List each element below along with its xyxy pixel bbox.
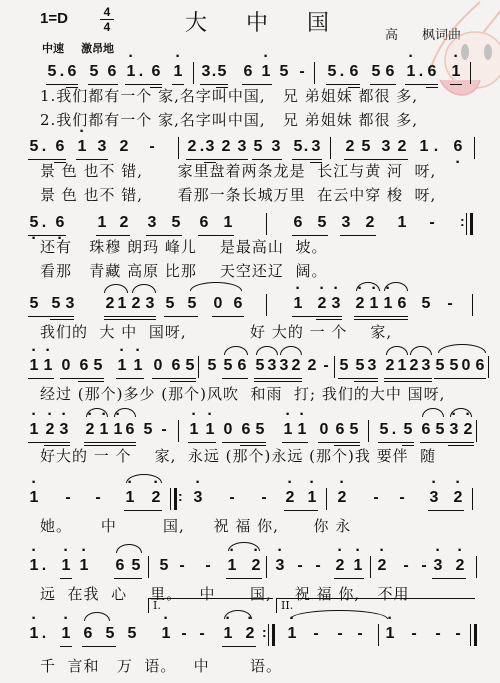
note: 3	[270, 137, 282, 157]
note: -	[418, 556, 430, 576]
note: 5	[222, 356, 234, 376]
note: 2	[220, 137, 232, 157]
beam-underline	[222, 646, 256, 647]
note: -	[354, 624, 366, 644]
note: 2	[452, 488, 464, 508]
barline	[326, 488, 327, 510]
note: 5	[184, 356, 196, 376]
slur	[224, 346, 248, 355]
note: -	[62, 488, 74, 508]
note: 1	[60, 556, 72, 576]
barline	[378, 624, 379, 646]
note: 2	[334, 556, 346, 576]
note: 6	[474, 356, 486, 376]
beam-underline	[78, 381, 104, 382]
note: 1	[172, 62, 184, 82]
note: -	[296, 62, 308, 82]
beam-underline	[448, 445, 474, 446]
note: -	[432, 624, 444, 644]
note: .	[38, 137, 50, 157]
note: 2	[462, 420, 474, 440]
slur	[386, 346, 408, 355]
note: 3	[340, 213, 352, 233]
note: 0	[152, 356, 164, 376]
lyrics-verse-2: 看那 青藏 高原 比那 天空还辽 阔。	[40, 261, 327, 281]
note: 1	[116, 356, 128, 376]
note: 5	[254, 420, 266, 440]
slur	[84, 612, 110, 621]
note: 6	[124, 420, 136, 440]
beam-underline	[60, 378, 104, 379]
note: 3	[448, 420, 460, 440]
note: 3	[96, 137, 108, 157]
time-sig-bottom: 4	[104, 20, 111, 34]
beam-underline	[28, 378, 54, 379]
note: 1	[96, 213, 108, 233]
note: 1	[222, 624, 234, 644]
note: 5	[354, 356, 366, 376]
note: 1	[418, 137, 430, 157]
slur	[116, 544, 142, 553]
tempo-expression: 激昂地	[81, 43, 114, 55]
beam-underline	[104, 316, 156, 317]
note: 1	[222, 213, 234, 233]
note: .	[135, 62, 147, 82]
note: 2	[344, 137, 356, 157]
beam-underline	[334, 578, 364, 579]
barline	[476, 420, 477, 442]
note: -	[294, 556, 306, 576]
note: 3	[420, 356, 432, 376]
note: -	[396, 488, 408, 508]
beam-underline	[254, 381, 302, 382]
tempo-speed: 中速	[42, 43, 64, 55]
lyrics: 千 言和 万 语。 中 语。	[40, 656, 282, 676]
note: -	[158, 420, 170, 440]
barline	[334, 356, 335, 378]
lyrics: 经过 (那个)多少 (那个)风吹 和雨 打; 我们的大中 国呀,	[40, 384, 445, 404]
note: 1	[450, 62, 462, 82]
notes-line-4: 553 2123 55 06 123 2116 5-	[0, 294, 500, 316]
barline	[314, 62, 315, 84]
beam-underline	[292, 159, 322, 160]
note: 5	[216, 62, 228, 82]
beam-underline	[284, 510, 318, 511]
note: 6	[240, 420, 252, 440]
note: 6	[54, 213, 66, 233]
beam-underline	[152, 378, 196, 379]
beam-underline	[96, 235, 130, 236]
note: 2	[364, 213, 376, 233]
note: 5	[338, 356, 350, 376]
beam-underline	[226, 578, 262, 579]
note: 3	[64, 294, 76, 314]
note: -	[334, 624, 346, 644]
notes-line-3: 5.6 12 35 61 65 32 1- :	[0, 213, 500, 235]
note: 6	[114, 556, 126, 576]
beam-underline	[318, 442, 360, 443]
lyrics: 好大的 一 个 家, 永远 (那个)永远 (那个)我 要伴 随	[40, 446, 436, 466]
barline	[193, 62, 194, 84]
note: 2	[284, 488, 296, 508]
notes-line-8: 1. 11 65 5-- 12 3-- 21 2-- 32	[0, 556, 500, 578]
note: -	[370, 488, 382, 508]
note: 6	[170, 356, 182, 376]
note: 5	[92, 356, 104, 376]
note: 6	[452, 137, 464, 157]
barline	[466, 213, 473, 235]
note: .	[38, 556, 50, 576]
barline	[370, 556, 371, 578]
note: 2	[306, 356, 318, 376]
note: 6	[396, 294, 408, 314]
note: 1	[76, 137, 88, 157]
note: 5	[158, 556, 170, 576]
note: -	[408, 624, 420, 644]
slur	[104, 284, 128, 293]
composer-name: 高	[385, 28, 398, 43]
note: 1	[396, 213, 408, 233]
beam-underline	[222, 378, 248, 379]
beam-underline	[384, 381, 432, 382]
note: 5	[370, 62, 382, 82]
note: .	[430, 137, 442, 157]
slur	[384, 282, 408, 291]
note: -	[444, 294, 456, 314]
note: 1	[132, 356, 144, 376]
notes-line-2: 5.6 132- 2.3 23 53 5.3 2532 1.6	[0, 137, 500, 159]
barline	[488, 356, 489, 378]
note: 6	[348, 62, 360, 82]
lyrics-verse-2: 景 色 也不 错, 看那一条长城万里 在云中穿 梭 呀,	[40, 185, 436, 205]
time-sig-top: 4	[104, 5, 111, 19]
note: 2	[336, 488, 348, 508]
note: 6	[426, 62, 438, 82]
key-signature: 1=D	[40, 10, 68, 27]
note: 6	[292, 213, 304, 233]
beam-underline	[50, 319, 74, 320]
beam-underline	[405, 84, 438, 85]
note: 5	[434, 420, 446, 440]
note: 5	[278, 62, 290, 82]
barline	[266, 294, 267, 316]
beam-underline	[426, 87, 438, 88]
note: 3	[146, 213, 158, 233]
note: 2	[150, 488, 162, 508]
beam-underline	[344, 159, 408, 160]
note: 1	[42, 356, 54, 376]
beam-underline	[125, 84, 162, 85]
slur	[114, 408, 136, 417]
notes-line-5: 11 065 11 065 556 5332 2- 553 2123 5506	[0, 356, 500, 378]
slur	[410, 346, 432, 355]
note: 3	[278, 356, 290, 376]
note: 3	[428, 488, 440, 508]
note: 3	[266, 356, 278, 376]
beam-underline	[76, 159, 108, 160]
beam-underline	[316, 319, 342, 320]
note: 1	[282, 420, 294, 440]
notes-line-1: 5.6 56 1.6 1 3.5 615- 5.6 56 1.6 1	[0, 62, 500, 84]
note: 3	[204, 137, 216, 157]
note: 5	[164, 294, 176, 314]
note: 1	[396, 356, 408, 376]
slur	[190, 282, 242, 291]
note: 6	[236, 356, 248, 376]
note: 1	[98, 420, 110, 440]
note: 1	[306, 488, 318, 508]
note: -	[310, 624, 322, 644]
note: 1	[368, 294, 380, 314]
note: 1	[384, 624, 396, 644]
note: 1	[124, 488, 136, 508]
barline	[472, 294, 473, 316]
beam-underline	[242, 84, 272, 85]
note: 6	[232, 294, 244, 314]
note: 1	[286, 624, 298, 644]
note: 2	[454, 556, 466, 576]
note: 6	[54, 137, 66, 157]
beam-underline	[434, 378, 486, 379]
lyrics: 我们的 大 中 国呀, 好 大的 一 个 家,	[40, 322, 392, 342]
beam-underline	[252, 159, 282, 160]
barline	[170, 488, 177, 510]
slur	[438, 344, 486, 353]
note: 3	[58, 420, 70, 440]
beam-underline	[354, 319, 408, 320]
note: 3	[236, 137, 248, 157]
note: 2	[104, 294, 116, 314]
beam-underline	[384, 378, 432, 379]
beam-underline	[326, 84, 360, 85]
beam-underline	[60, 578, 72, 579]
barline	[268, 624, 275, 646]
note: 3	[274, 556, 286, 576]
note: 2	[44, 420, 56, 440]
note: 5	[142, 420, 154, 440]
barline	[148, 556, 149, 578]
beam-underline	[188, 442, 216, 443]
beam-underline	[28, 442, 70, 443]
note: 3	[310, 137, 322, 157]
repeat-end: :	[262, 624, 267, 640]
note: 3	[192, 488, 204, 508]
note: 2	[354, 294, 366, 314]
note: 5	[420, 294, 432, 314]
tempo-marking: 中速 激昂地	[42, 40, 128, 56]
note: 5	[434, 356, 446, 376]
note: 6	[242, 62, 254, 82]
note: -	[320, 356, 332, 376]
beam-underline	[124, 510, 162, 511]
beam-underline	[450, 84, 462, 85]
notes-line-7: 1-- 12 : 3-- 21 2-- 32	[0, 488, 500, 510]
beam-underline	[292, 316, 342, 317]
note: 1	[28, 356, 40, 376]
note: 1	[226, 556, 238, 576]
note: 5	[348, 420, 360, 440]
note: -	[92, 488, 104, 508]
note: -	[146, 137, 158, 157]
slur	[422, 408, 444, 417]
note: 5	[360, 137, 372, 157]
notes-line-9: 1. 1 65 5 I. 1-- 12 : II. 1--- 1---	[0, 624, 500, 646]
barline	[330, 137, 331, 159]
note: .	[38, 213, 50, 233]
beam-underline	[28, 316, 74, 317]
beam-underline	[172, 84, 184, 85]
note: 5	[28, 294, 40, 314]
note: 2	[316, 294, 328, 314]
beam-underline	[200, 84, 228, 85]
note: 0	[212, 294, 224, 314]
note: 2	[130, 294, 142, 314]
volta-second-ending: II.	[276, 598, 475, 613]
note: 2	[118, 213, 130, 233]
note: 5	[88, 62, 100, 82]
beam-underline	[170, 381, 196, 382]
note: 2	[376, 556, 388, 576]
note: 3	[432, 556, 444, 576]
note: 5	[170, 213, 182, 233]
beam-underline	[428, 510, 464, 511]
note: 6	[82, 624, 94, 644]
note: 1	[296, 420, 308, 440]
beam-underline	[186, 159, 248, 160]
note: 6	[150, 62, 162, 82]
lyrics-verse-1: 还有 珠穆 朗玛 峰儿 是最高山 坡。	[40, 237, 327, 257]
note: 2	[408, 356, 420, 376]
note: 1	[60, 624, 72, 644]
beam-underline	[354, 316, 408, 317]
note: 3	[144, 294, 156, 314]
note: 5	[254, 356, 266, 376]
barline	[266, 556, 267, 578]
slur	[132, 284, 156, 293]
note: 1	[112, 420, 124, 440]
note: 2	[250, 556, 262, 576]
note: 1	[78, 556, 90, 576]
time-signature: 4 4	[100, 6, 114, 33]
note: 1	[28, 420, 40, 440]
barline	[266, 213, 267, 235]
note: 1	[260, 62, 272, 82]
note: 0	[222, 420, 234, 440]
note: 5	[104, 624, 116, 644]
beam-underline	[254, 378, 302, 379]
beam-underline	[198, 235, 234, 236]
note: .	[38, 624, 50, 644]
barline	[474, 137, 475, 159]
note: -	[258, 488, 270, 508]
beam-underline	[28, 159, 66, 160]
note: -	[176, 556, 188, 576]
note: 6	[384, 62, 396, 82]
notes-line-6: 123 2116 5- 11 065 11 065 5.5 65 32	[0, 420, 500, 442]
beam-underline	[340, 235, 376, 236]
note: 5	[130, 556, 142, 576]
beam-underline	[338, 378, 378, 379]
note: 6	[106, 62, 118, 82]
slur	[280, 346, 302, 355]
note: 3	[330, 294, 342, 314]
note: 6	[198, 213, 210, 233]
note: 5	[50, 294, 62, 314]
note: 1	[116, 294, 128, 314]
beam-underline	[46, 84, 78, 85]
beam-underline	[82, 646, 116, 647]
note: 2	[396, 137, 408, 157]
beam-underline	[164, 316, 198, 317]
note: 6	[66, 62, 78, 82]
beam-underline	[378, 442, 414, 443]
note: 6	[78, 356, 90, 376]
barline	[470, 62, 471, 84]
note: -	[452, 624, 464, 644]
barline	[470, 624, 477, 646]
note: 5	[186, 294, 198, 314]
note: 3	[380, 137, 392, 157]
note: 2	[384, 356, 396, 376]
beam-underline	[420, 442, 474, 443]
beam-underline	[116, 378, 144, 379]
beam-underline	[88, 84, 118, 85]
note: -	[312, 556, 324, 576]
note: 1	[28, 488, 40, 508]
beam-underline	[114, 578, 142, 579]
beam-underline	[432, 578, 466, 579]
note: 1	[188, 420, 200, 440]
note: -	[196, 624, 208, 644]
note: 6	[420, 420, 432, 440]
note: 0	[60, 356, 72, 376]
beam-underline	[354, 381, 378, 382]
lyrics: 她。 中 国, 祝 福 你, 你 永	[40, 516, 351, 536]
note: .	[336, 62, 348, 82]
note: 5	[316, 213, 328, 233]
lyrics-verse-1: 景 色 也不 错, 家里盘着两条龙是 长江与黄 河 呀,	[40, 161, 436, 181]
note: 0	[318, 420, 330, 440]
note: -	[178, 624, 190, 644]
note: 5	[252, 137, 264, 157]
note: 5	[402, 420, 414, 440]
note: 2	[290, 356, 302, 376]
note: -	[426, 213, 438, 233]
beam-underline	[212, 316, 244, 317]
barline	[472, 488, 473, 510]
song-title: 大 中 国	[185, 6, 345, 37]
note: 1	[292, 294, 304, 314]
barline	[476, 556, 477, 578]
note: 5	[126, 624, 138, 644]
beam-underline	[28, 235, 66, 236]
note: 1	[382, 294, 394, 314]
repeat-end: :	[460, 213, 465, 229]
note: 2	[244, 624, 256, 644]
barline	[178, 137, 179, 159]
barline	[178, 420, 179, 442]
beam-underline	[60, 646, 72, 647]
beam-underline	[292, 235, 328, 236]
note: 1	[352, 556, 364, 576]
beam-underline	[146, 235, 182, 236]
note: 5	[448, 356, 460, 376]
note: -	[400, 556, 412, 576]
beam-underline	[104, 319, 156, 320]
repeat-start: :	[178, 488, 183, 504]
lyrics-verse-2: 2.我们都有一个 家,名字叫中国, 兄 弟姐妹 都很 多,	[40, 110, 418, 130]
beam-underline	[84, 442, 136, 443]
